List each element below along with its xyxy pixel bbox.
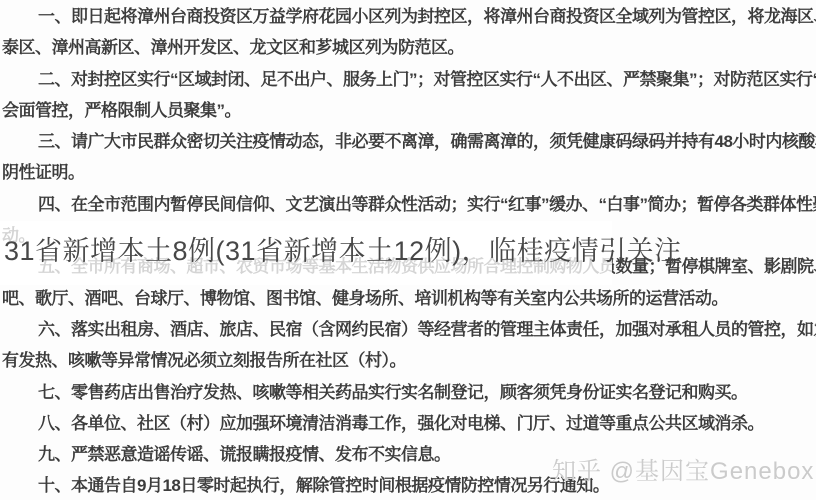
notice-line: 七、零售药店出售治疗发热、咳嗽等相关药品实行实名制登记，顾客须凭身份证实名登记和…	[2, 377, 816, 408]
notice-line: 一、即日起将漳州台商投资区万益学府花园小区列为封控区，将漳州台商投资区全域列为管…	[2, 1, 816, 32]
notice-line: 有发热、咳嗽等异常情况必须立刻报告所在社区（村）。	[2, 345, 816, 376]
notice-line: 八、各单位、社区（村）应加强环境清洁消毒工作，强化对电梯、门厅、过道等重点公共区…	[2, 408, 816, 439]
notice-line: 三、请广大市民群众密切关注疫情动态，非必要不离漳，确需离漳的，须凭健康码绿码并持…	[2, 126, 816, 157]
watermark: 知乎 @基因宝Genebox	[552, 451, 814, 486]
article-screenshot-page: 一、即日起将漳州台商投资区万益学府花园小区列为封控区，将漳州台商投资区全域列为管…	[0, 0, 816, 500]
notice-line: 六、落实出租房、酒店、旅店、民宿（含网约民宿）等经营者的管理主体责任，加强对承租…	[2, 314, 816, 345]
notice-line: 会面管控，严格限制人员聚集”。	[2, 95, 816, 126]
notice-line: 泰区、漳州高新区、漳州开发区、龙文区和芗城区列为防范区。	[2, 32, 816, 63]
headline-title: 31省新增本土8例(31省新增本土12例)，临桂疫情引关注	[4, 229, 682, 268]
watermark-text: 知乎 @基因宝Genebox	[552, 458, 814, 485]
notice-line: 二、对封控区实行“区域封闭、足不出户、服务上门”；对管控区实行“人不出区、严禁聚…	[2, 64, 816, 95]
notice-line: 四、在全市范围内暂停民间信仰、文艺演出等群众性活动；实行“红事”缓办、“白事”简…	[2, 189, 816, 220]
notice-line: 阴性证明。	[2, 157, 816, 188]
notice-line: 吧、歌厅、酒吧、台球厅、博物馆、图书馆、健身场所、培训机构等有关室内公共场所的运…	[2, 283, 816, 314]
